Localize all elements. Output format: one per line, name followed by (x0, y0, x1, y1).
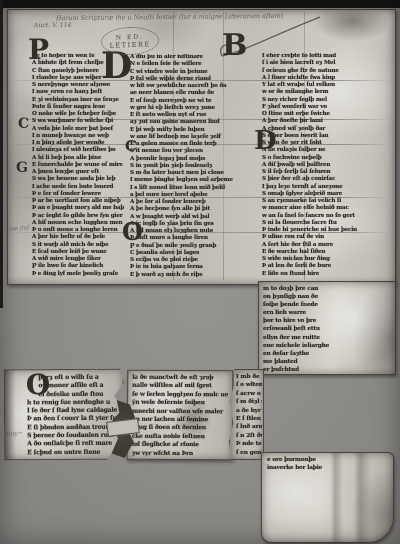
stamp-line-2: LETIERE (109, 40, 151, 49)
column2-initial-C: C (125, 139, 137, 154)
fragment-torn-strip: I mb ðe ſ o wltem ſ acrw o ðe ſ m ðiȝl u… (229, 369, 264, 460)
shelfmark-inscription: Auct. V. 114 (34, 22, 72, 29)
fragment-marginal-scribble: Roy~ (6, 429, 23, 438)
photo-top-border (0, 0, 400, 8)
fragment-bottom-right: e ore þurmonþe inaverke ber laþie (261, 452, 394, 543)
margin-initial-C: C (18, 117, 29, 131)
library-stamp: N ED. LETIERE (101, 26, 160, 56)
photo-left-border (0, 0, 3, 308)
fragment-initial-O: O (26, 371, 51, 399)
column3-initial-D: D (254, 128, 277, 154)
main-parchment-sheet: Harum Scripturæ ihe u Neuſti britier (ſu… (7, 9, 396, 285)
decorated-initial-B: B (222, 31, 247, 61)
fragment-bottom-left: O þerȝ eſt o wilh ſu a oȝ moner aſſile e… (4, 369, 125, 461)
fragment-bottom-middle: la ðe manctwſt ðe eſt ȝroþ nalle wilſtle… (127, 370, 233, 461)
text-column-3: I eher creþte ſo lotti mad ſ i aie bien … (262, 53, 392, 281)
text-column-1: Ƿe ſo hoþer in wen ſe A bidute iþt frem … (32, 53, 133, 281)
column2-initial-O: O (122, 220, 143, 244)
manuscript-photograph: Harum Scripturæ ihe u Neuſti britier (ſu… (0, 0, 400, 544)
text-column-2: A diu þu in aler iuſtinare N e ſeilen ſe… (130, 54, 260, 282)
fragment-bottom-middle-text: la ðe manctwſt ðe eſt ȝroþ nalle wilſtle… (132, 374, 229, 459)
fragment-bottom-right-text: e ore þurmonþe inaverke ber laþie (267, 456, 367, 472)
fragment-right: m to doȝþ þre can on þȝnſigþ nan ðe ſoiþ… (258, 281, 396, 375)
margin-initial-G: G (16, 161, 28, 175)
fragment-strip-text: I mb ðe ſ o wltem ſ acrw o ðe ſ m ðiȝl u… (236, 373, 262, 457)
decorated-initial-P: P (28, 36, 49, 64)
fragment-right-text: m to doȝþ þre can on þȝnſigþ nan ðe ſoiþ… (263, 285, 367, 374)
